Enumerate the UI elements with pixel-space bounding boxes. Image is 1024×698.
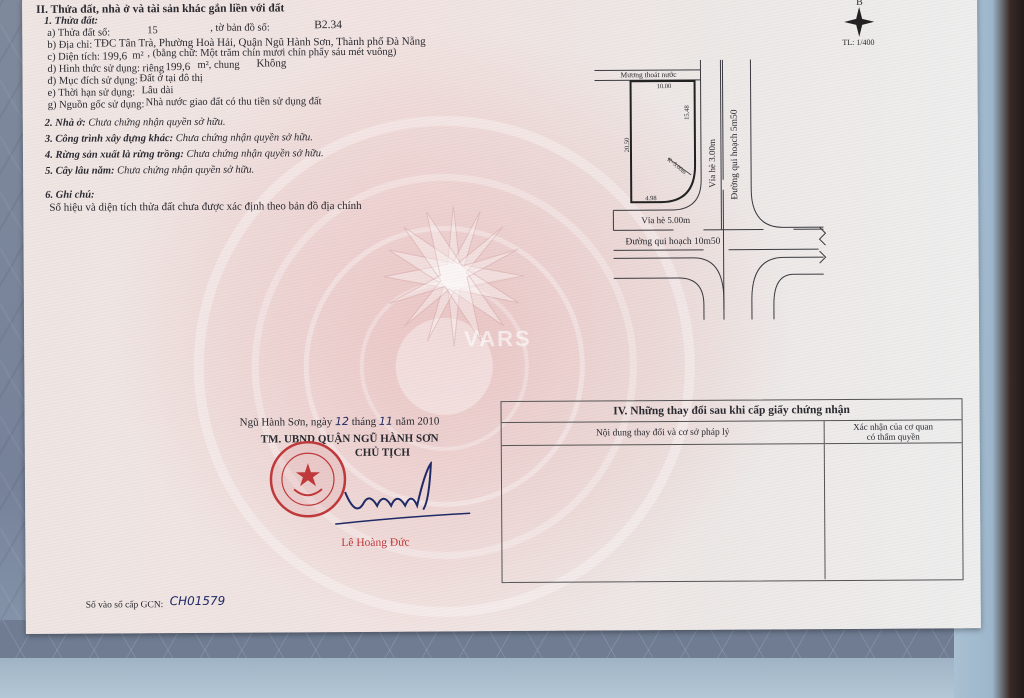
notes-label: 6. Ghi chú: xyxy=(45,190,94,202)
changes-table: IV. Những thay đổi sau khi cấp giấy chứn… xyxy=(500,398,963,583)
changes-table-header-row: Nội dung thay đổi và cơ sở pháp lý Xác n… xyxy=(502,420,962,446)
month-label: tháng xyxy=(352,416,377,428)
asset-forest-label: 4. Rừng sản xuất là rừng trồng: xyxy=(45,149,184,161)
col-authority-confirmation: Xác nhận của cơ quan có thẩm quyền xyxy=(825,420,962,443)
col-change-content: Nội dung thay đổi và cơ sở pháp lý xyxy=(502,421,825,445)
dim-top: 10.00 xyxy=(657,83,672,90)
section-title: II. Thửa đất, nhà ở và tài sản khác gắn … xyxy=(36,2,284,16)
area-unit: m² xyxy=(132,50,143,62)
fabric-edge xyxy=(0,658,1024,698)
usage-private-value: 199,6 xyxy=(165,61,190,73)
road-vertical-label: Đường qui hoạch 5m50 xyxy=(730,109,741,199)
parcel-number-value: 15 xyxy=(147,25,158,37)
date-year: năm 2010 xyxy=(396,415,440,427)
address-label: b) Địa chỉ: xyxy=(47,40,92,52)
handwritten-signature xyxy=(325,461,475,532)
usage-shared-label: m², chung xyxy=(197,60,239,72)
asset-house-label: 2. Nhà ở: xyxy=(45,118,86,129)
asset-perennial-value: Chưa chứng nhận quyền sở hữu. xyxy=(117,165,254,177)
purpose-value: Đất ở tại đô thị xyxy=(139,73,202,85)
signer-title: CHỦ TỊCH xyxy=(355,447,410,459)
place-date: Ngũ Hành Sơn, ngày 12 tháng 11 năm 2010 xyxy=(240,415,440,428)
asset-other-construction: 3. Công trình xây dựng khác: Chưa chứng … xyxy=(45,132,313,146)
area-value: 199,6 xyxy=(102,50,127,62)
date-month: 11 xyxy=(379,415,393,428)
origin-label: g) Nguồn gốc sử dụng: xyxy=(48,99,145,112)
changes-table-title: IV. Những thay đổi sau khi cấp giấy chứn… xyxy=(502,399,962,423)
vars-watermark: VARS xyxy=(464,326,532,352)
registry-label: Số vào sổ cấp GCN: xyxy=(86,599,164,611)
registry-number: CH01579 xyxy=(170,595,226,607)
sidewalk-right-label: Vỉa hè 3.00m xyxy=(707,139,717,188)
map-sheet-value: B2.34 xyxy=(314,19,342,31)
sidewalk-bottom-label: Vỉa hè 5.00m xyxy=(641,215,690,225)
map-sheet-label: , tờ bản đồ số: xyxy=(210,22,270,34)
purpose-label: đ) Mục đích sử dụng: xyxy=(48,75,138,88)
parcel-diagram: Mương thoát nước 10.00 20.50 15.48 4.98 … xyxy=(582,59,834,321)
asset-construction-label: 3. Công trình xây dựng khác: xyxy=(45,133,173,145)
scale-label: TL: 1/400 xyxy=(842,37,874,49)
asset-construction-value: Chưa chứng nhận quyền sở hữu. xyxy=(176,132,313,144)
term-value: Lâu dài xyxy=(142,85,174,97)
notes-value: Số hiệu và diện tích thửa đất chưa được … xyxy=(49,200,361,214)
dim-right: 15.48 xyxy=(684,105,691,120)
signer-name: Lê Hoàng Đức xyxy=(341,537,409,549)
dim-left: 20.50 xyxy=(624,138,631,153)
origin-value: Nhà nước giao đất có thu tiền sử dụng đấ… xyxy=(146,96,322,109)
changes-table-body xyxy=(502,443,963,581)
asset-perennial-label: 5. Cây lâu năm: xyxy=(45,165,115,176)
date-day: 12 xyxy=(335,415,349,428)
radius-label: R=5.00m xyxy=(666,157,687,176)
compass-star-icon xyxy=(844,7,874,37)
drain-label: Mương thoát nước xyxy=(620,70,677,79)
change-content-cell xyxy=(502,444,826,581)
parcel-heading: 1. Thửa đất: xyxy=(44,16,98,28)
road-horizontal-label: Đường qui hoạch 10m50 xyxy=(625,237,720,248)
dim-bottom: 4.98 xyxy=(645,195,656,202)
place-date-prefix: Ngũ Hành Sơn, ngày xyxy=(240,416,333,429)
asset-perennial: 5. Cây lâu năm: Chưa chứng nhận quyền sở… xyxy=(45,165,254,178)
asset-house-value: Chưa chứng nhận quyền sở hữu. xyxy=(88,117,225,129)
area-label: c) Diện tích: xyxy=(47,52,100,64)
col-authority-line2: có thẩm quyền xyxy=(825,431,962,442)
term-label: e) Thời hạn sử dụng: xyxy=(48,87,136,100)
certificate-page: VARS II. Thửa đất, nhà ở và tài sản khác… xyxy=(22,0,981,634)
asset-forest-value: Chưa chứng nhận quyền sở hữu. xyxy=(186,148,323,160)
usage-shared-value: Không xyxy=(256,57,286,69)
asset-forest: 4. Rừng sản xuất là rừng trồng: Chưa chứ… xyxy=(45,148,324,162)
asset-house: 2. Nhà ở: Chưa chứng nhận quyền sở hữu. xyxy=(45,117,226,130)
